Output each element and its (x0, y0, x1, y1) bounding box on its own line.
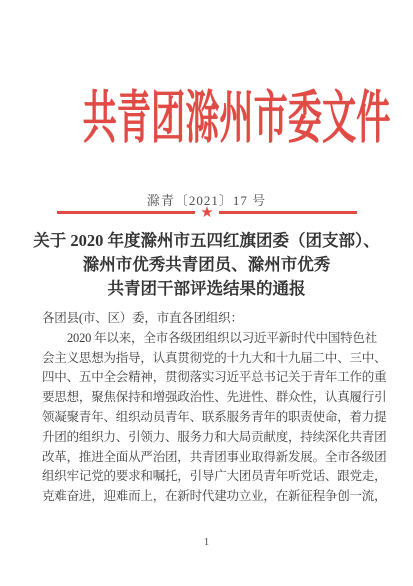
body-line: 克难奋进，迎难而上，在新时代建功立业，在新征程争创一流， (42, 487, 384, 507)
document-body: 各团县(市、区）委，市直各团组织： 2020 年以来，全市各级团组织以习近平新时… (42, 309, 384, 507)
document-title-line-2: 滁州市优秀共青团员、滁州市优秀 (18, 253, 395, 277)
salutation-line: 各团县(市、区）委，市直各团组织： (42, 309, 384, 329)
body-line: 四中、五中全会精神，贯彻落实习近平总书记关于青年工作的重 (42, 368, 384, 388)
star-icon: ★ (200, 206, 213, 221)
document-title-line-1: 关于 2020 年度滁州市五四红旗团委（团支部）、 (18, 229, 395, 253)
document-page: 共青团滁州市委文件 滁青〔2021〕17 号 ★ 关于 2020 年度滁州市五四… (0, 0, 413, 586)
body-line: 会主义思想为指导，认真贯彻党的十九大和十九届二中、三中、 (42, 349, 384, 369)
red-divider-right-line (219, 211, 357, 214)
document-title: 关于 2020 年度滁州市五四红旗团委（团支部）、 滁州市优秀共青团员、滁州市优… (18, 229, 395, 301)
body-line: 领凝聚青年、组织动员青年、联系服务青年的职责使命，着力提 (42, 408, 384, 428)
body-line: 组织牢记党的要求和嘱托，引导广大团员青年听党话、跟党走， (42, 467, 384, 487)
page-number: 1 (0, 537, 413, 548)
body-line: 改革，推进全面从严治团，共青团事业取得新发展。全市各级团 (42, 448, 384, 468)
document-letterhead-title: 共青团滁州市委文件 (83, 88, 331, 150)
body-line: 2020 年以来，全市各级团组织以习近平新时代中国特色社 (42, 329, 384, 349)
body-line: 升团的组织力、引领力、服务力和大局贡献度，持续深化共青团 (42, 428, 384, 448)
body-line: 要思想，聚焦保持和增强政治性、先进性、群众性，认真履行引 (42, 388, 384, 408)
document-title-line-3: 共青团干部评选结果的通报 (18, 277, 395, 301)
red-divider-left-line (57, 211, 195, 214)
red-divider: ★ (57, 205, 357, 220)
